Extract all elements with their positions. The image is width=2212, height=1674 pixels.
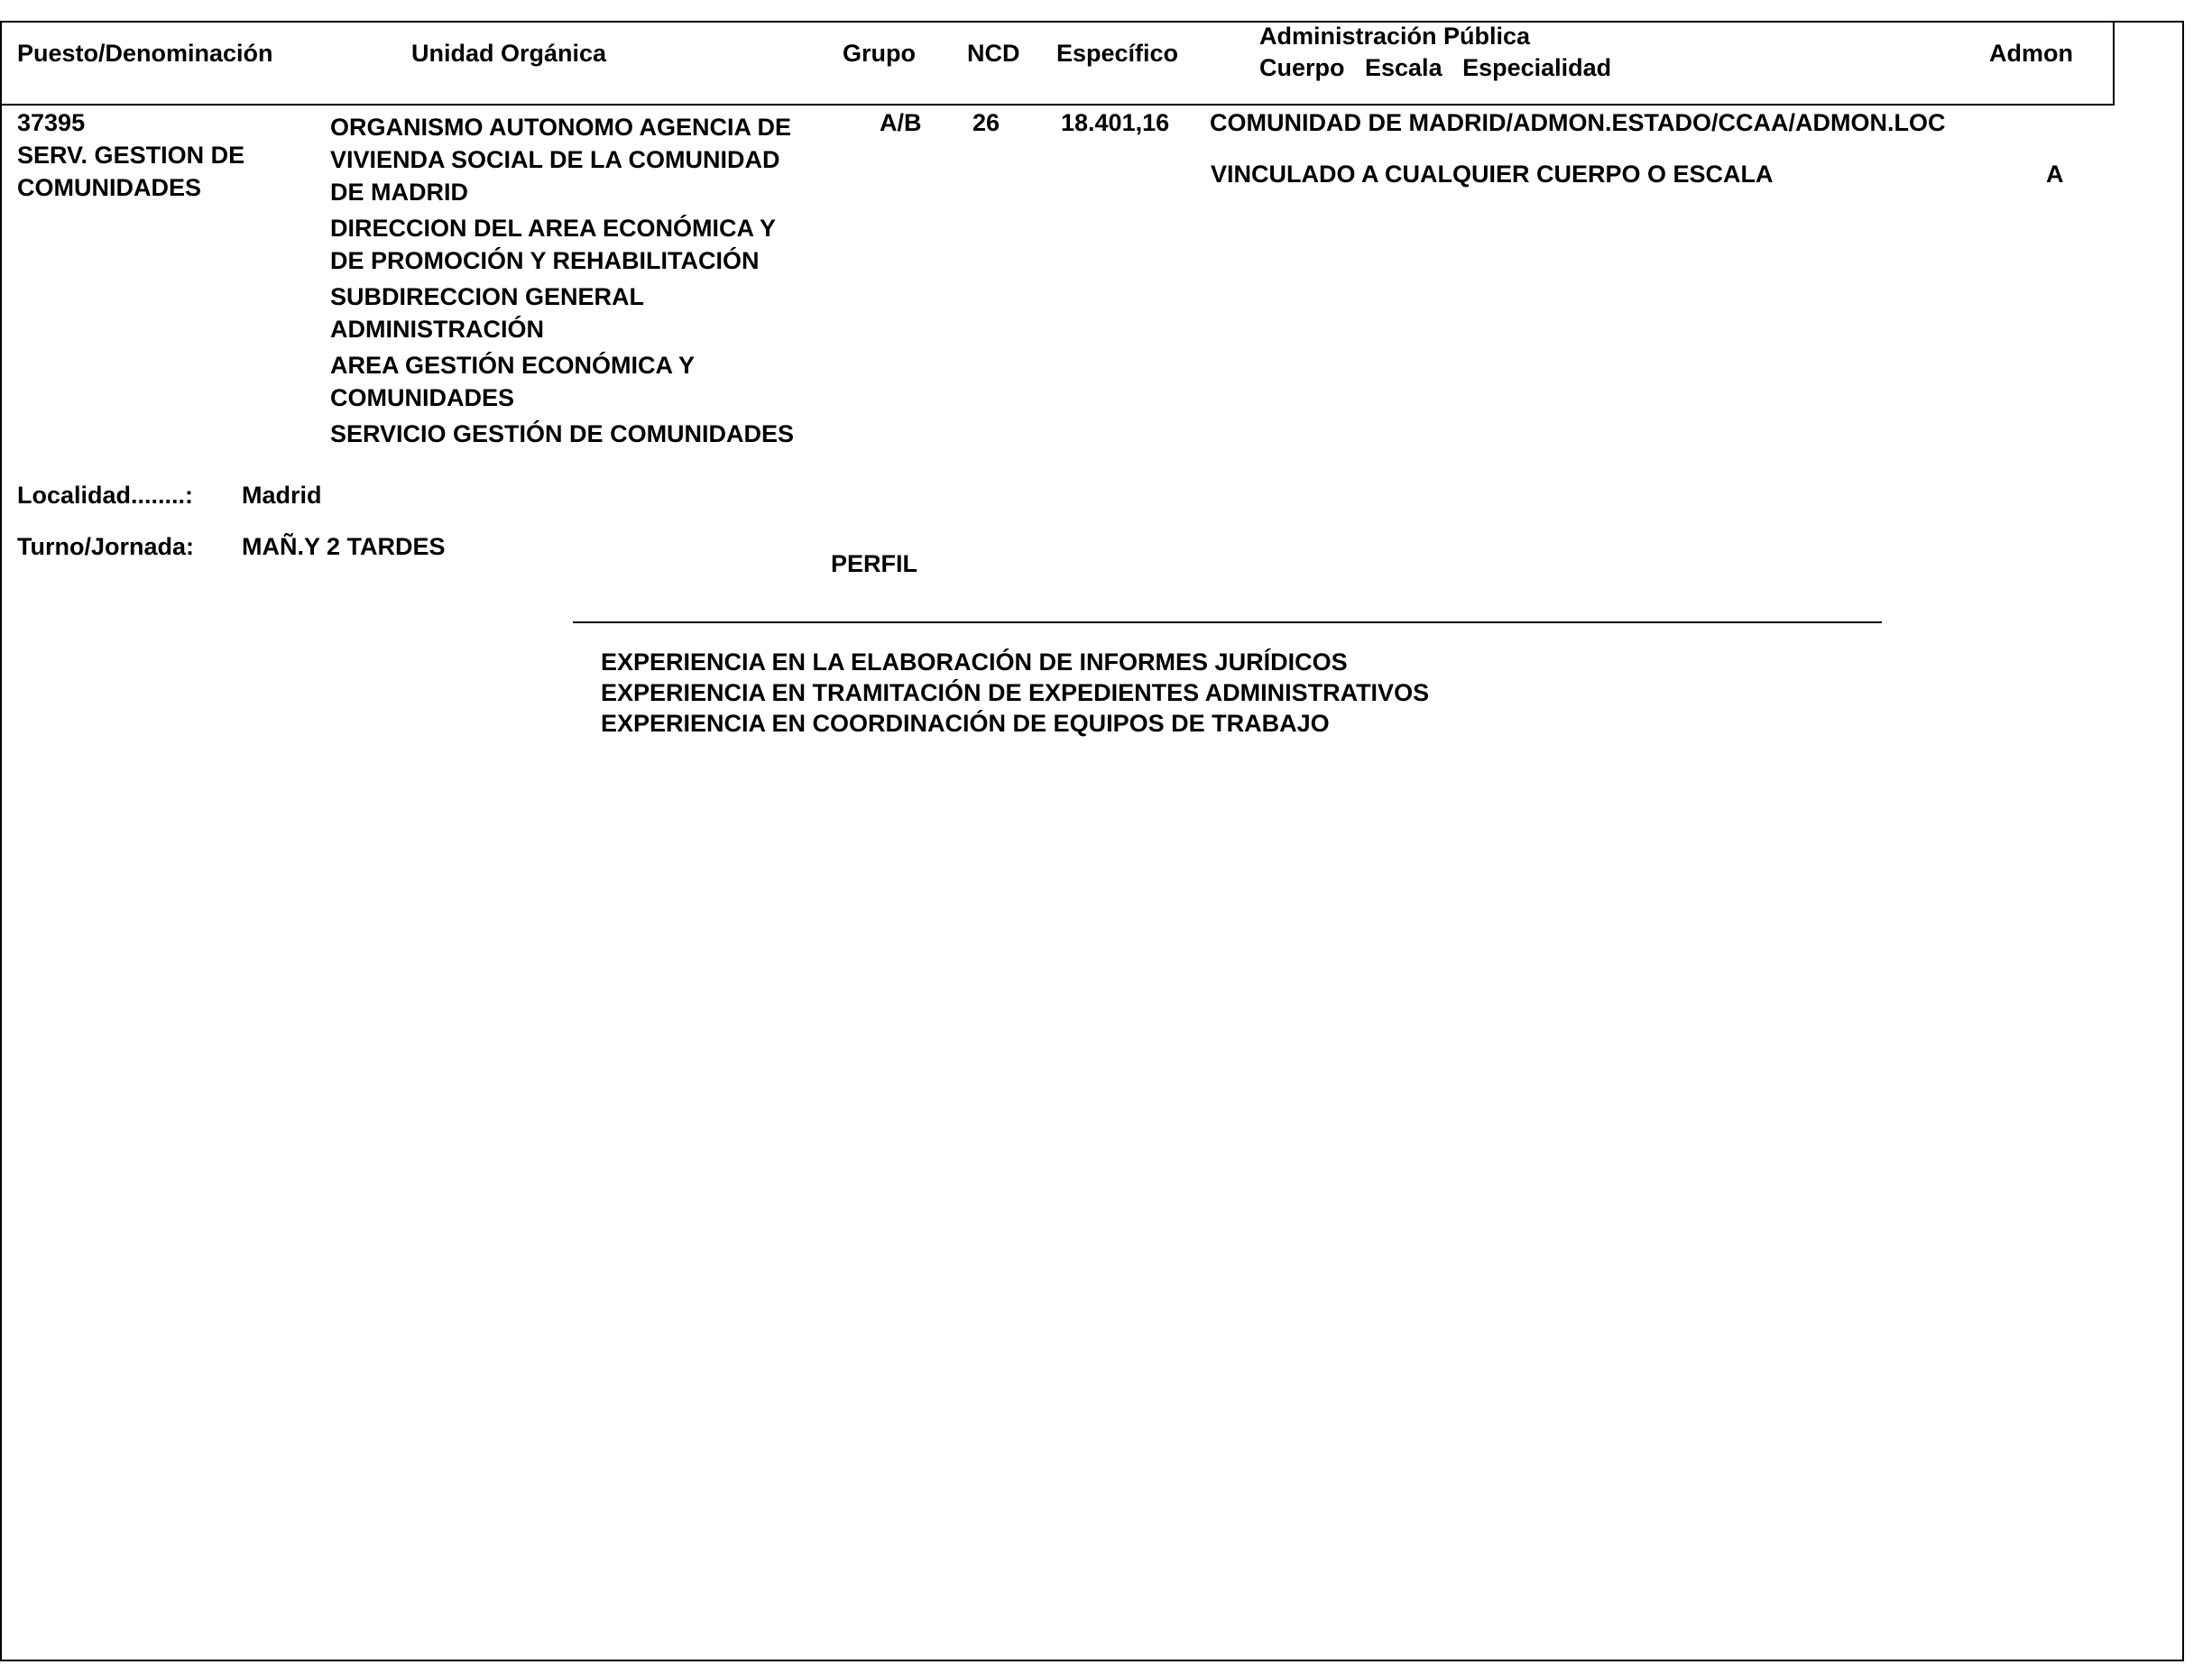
- localidad-value: Madrid: [242, 481, 322, 510]
- turno-label: Turno/Jornada:: [17, 532, 194, 561]
- perfil-divider: [573, 621, 1882, 623]
- turno-value: MAÑ.Y 2 TARDES: [242, 532, 446, 561]
- administracion-value: COMUNIDAD DE MADRID/ADMON.ESTADO/CCAA/AD…: [1210, 108, 1945, 137]
- page-frame: [0, 21, 2184, 1661]
- header-grupo: Grupo: [843, 39, 916, 68]
- unidad-line: ORGANISMO AUTONOMO AGENCIA DE: [330, 111, 794, 143]
- unidad-line: DE PROMOCIÓN Y REHABILITACIÓN: [330, 244, 794, 277]
- header-unidad: Unidad Orgánica: [411, 39, 606, 68]
- denominacion-line: SERV. GESTION DE: [17, 139, 244, 171]
- unidad-line: DE MADRID: [330, 176, 794, 208]
- unidad-line: SUBDIRECCION GENERAL: [330, 281, 794, 313]
- perfil-title: PERFIL: [831, 549, 917, 578]
- unidad-line: VIVIENDA SOCIAL DE LA COMUNIDAD: [330, 143, 794, 176]
- perfil-item: EXPERIENCIA EN TRAMITACIÓN DE EXPEDIENTE…: [601, 677, 1429, 708]
- header-puesto: Puesto/Denominación: [17, 39, 273, 68]
- especifico-value: 18.401,16: [1061, 108, 1169, 137]
- unidad-line: AREA GESTIÓN ECONÓMICA Y: [330, 349, 794, 382]
- header-administracion: Administración Pública: [1259, 22, 1530, 51]
- puesto-denominacion: SERV. GESTION DE COMUNIDADES: [17, 139, 244, 204]
- unidad-line: ADMINISTRACIÓN: [330, 313, 794, 345]
- unidad-line: SERVICIO GESTIÓN DE COMUNIDADES: [330, 418, 794, 450]
- perfil-item: EXPERIENCIA EN LA ELABORACIÓN DE INFORME…: [601, 647, 1429, 677]
- header-especifico: Específico: [1056, 39, 1178, 68]
- header-ncd: NCD: [967, 39, 1020, 68]
- grupo-value: A/B: [880, 108, 922, 137]
- localidad-label: Localidad........:: [17, 481, 193, 510]
- admon-value: A: [2046, 160, 2064, 189]
- unidad-line: DIRECCION DEL AREA ECONÓMICA Y: [330, 212, 794, 244]
- perfil-list: EXPERIENCIA EN LA ELABORACIÓN DE INFORME…: [601, 647, 1429, 739]
- perfil-item: EXPERIENCIA EN COORDINACIÓN DE EQUIPOS D…: [601, 708, 1429, 739]
- unidad-organica: ORGANISMO AUTONOMO AGENCIA DE VIVIENDA S…: [330, 111, 794, 450]
- header-admon: Admon: [1989, 39, 2073, 68]
- denominacion-line: COMUNIDADES: [17, 171, 244, 204]
- unidad-line: COMUNIDADES: [330, 382, 794, 414]
- ncd-value: 26: [972, 108, 1000, 137]
- puesto-codigo: 37395: [17, 108, 85, 137]
- cuerpo-value: VINCULADO A CUALQUIER CUERPO O ESCALA: [1211, 160, 1774, 189]
- header-cuerpo-escala: Cuerpo Escala Especialidad: [1259, 53, 1611, 82]
